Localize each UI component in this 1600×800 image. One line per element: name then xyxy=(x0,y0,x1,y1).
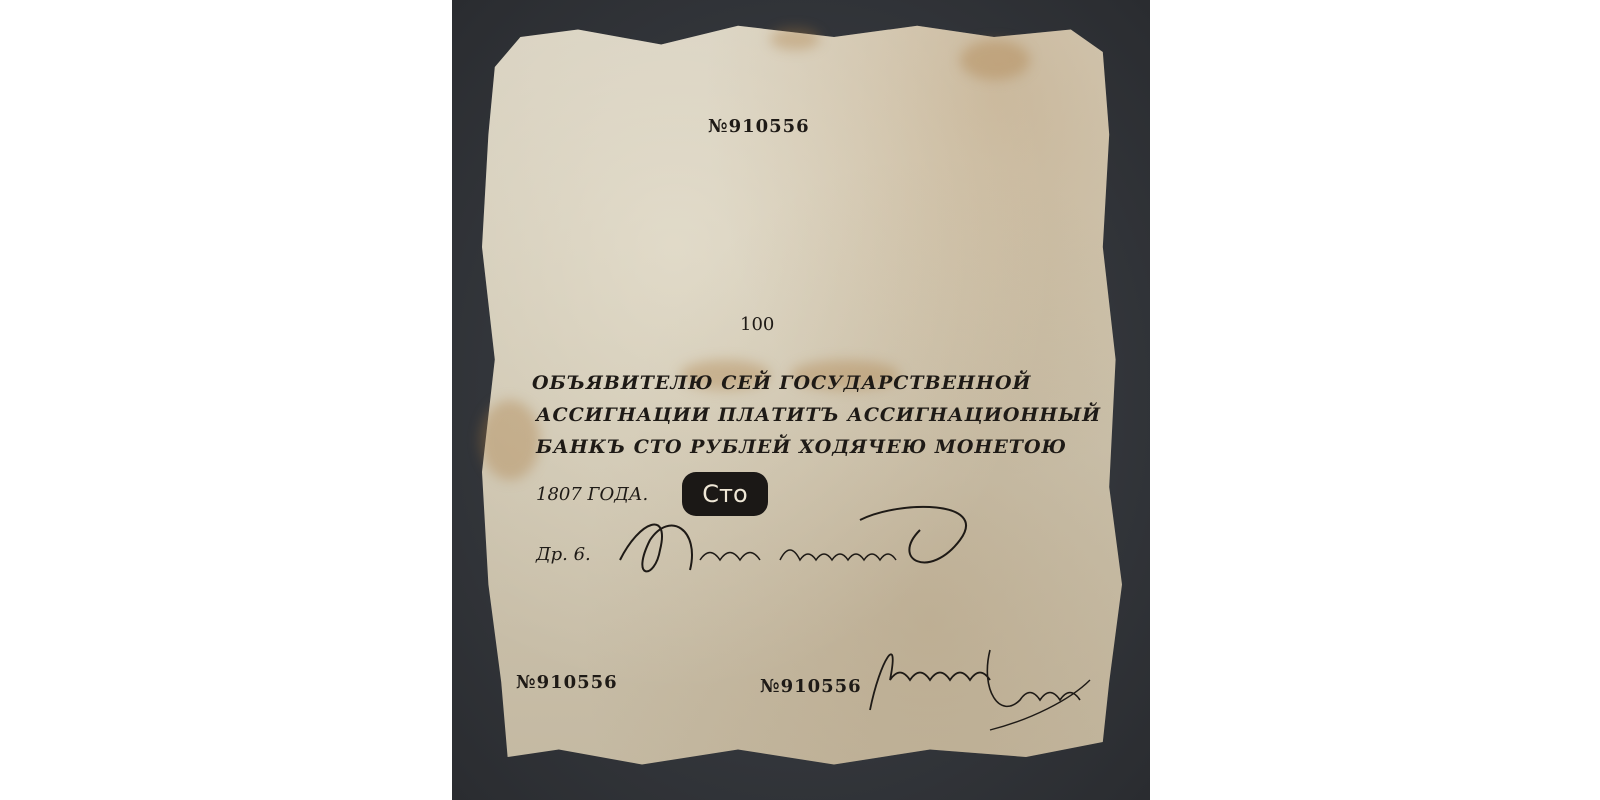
stain xyxy=(480,400,540,480)
stain xyxy=(960,40,1030,80)
body-line-2: АССИГНАЦИИ ПЛАТИТЪ АССИГНАЦИОННЫЙ xyxy=(536,404,1101,426)
stain xyxy=(770,28,820,50)
body-line-3: БАНКЪ СТО РУБЛЕЙ ХОДЯЧЕЮ МОНЕТОЮ xyxy=(536,436,1067,458)
signature-middle xyxy=(600,500,990,590)
serial-number-top: №910556 xyxy=(708,116,810,137)
signature-bottom xyxy=(840,620,1100,740)
clerk-mark: Др. 6. xyxy=(536,544,591,565)
body-line-1: ОБЪЯВИТЕЛЮ СЕЙ ГОСУДАРСТВЕННОЙ xyxy=(532,372,1031,394)
serial-number-bottom-left: №910556 xyxy=(516,672,618,693)
denomination-numeral: 100 xyxy=(740,314,774,335)
